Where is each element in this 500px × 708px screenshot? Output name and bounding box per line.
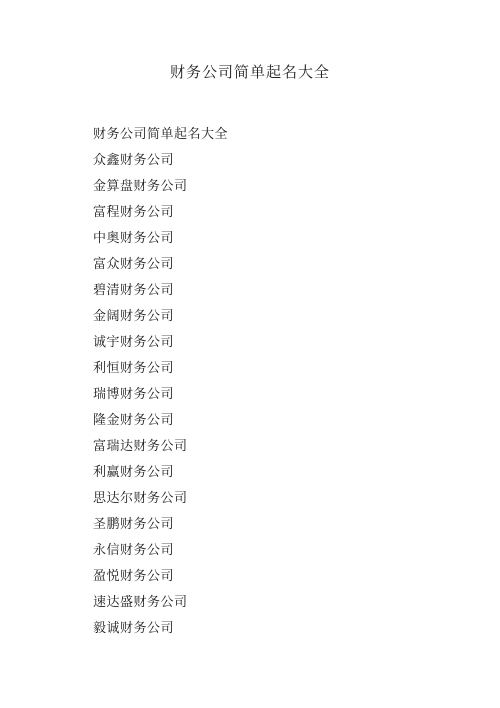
company-name-line: 富瑞达财务公司 (93, 439, 460, 452)
company-name-line: 碧清财务公司 (93, 283, 460, 296)
page-title: 财务公司简单起名大全 (0, 61, 500, 82)
company-name-line: 诚宇财务公司 (93, 335, 460, 348)
company-name-line: 金算盘财务公司 (93, 179, 460, 192)
company-name-list: 财务公司简单起名大全众鑫财务公司金算盘财务公司富程财务公司中奥财务公司富众财务公… (93, 127, 460, 647)
company-name-line: 盈悦财务公司 (93, 569, 460, 582)
company-name-line: 富众财务公司 (93, 257, 460, 270)
company-name-line: 隆金财务公司 (93, 413, 460, 426)
company-name-line: 速达盛财务公司 (93, 595, 460, 608)
document-page: 财务公司简单起名大全 财务公司简单起名大全众鑫财务公司金算盘财务公司富程财务公司… (0, 0, 500, 708)
company-name-line: 富程财务公司 (93, 205, 460, 218)
company-name-line: 中奥财务公司 (93, 231, 460, 244)
company-name-line: 毅诚财务公司 (93, 621, 460, 634)
company-name-line: 利恒财务公司 (93, 361, 460, 374)
company-name-line: 金阔财务公司 (93, 309, 460, 322)
company-name-line: 瑞博财务公司 (93, 387, 460, 400)
company-name-line: 众鑫财务公司 (93, 153, 460, 166)
company-name-line: 思达尔财务公司 (93, 491, 460, 504)
company-name-line: 财务公司简单起名大全 (93, 127, 460, 140)
company-name-line: 圣鹏财务公司 (93, 517, 460, 530)
company-name-line: 利赢财务公司 (93, 465, 460, 478)
company-name-line: 永信财务公司 (93, 543, 460, 556)
